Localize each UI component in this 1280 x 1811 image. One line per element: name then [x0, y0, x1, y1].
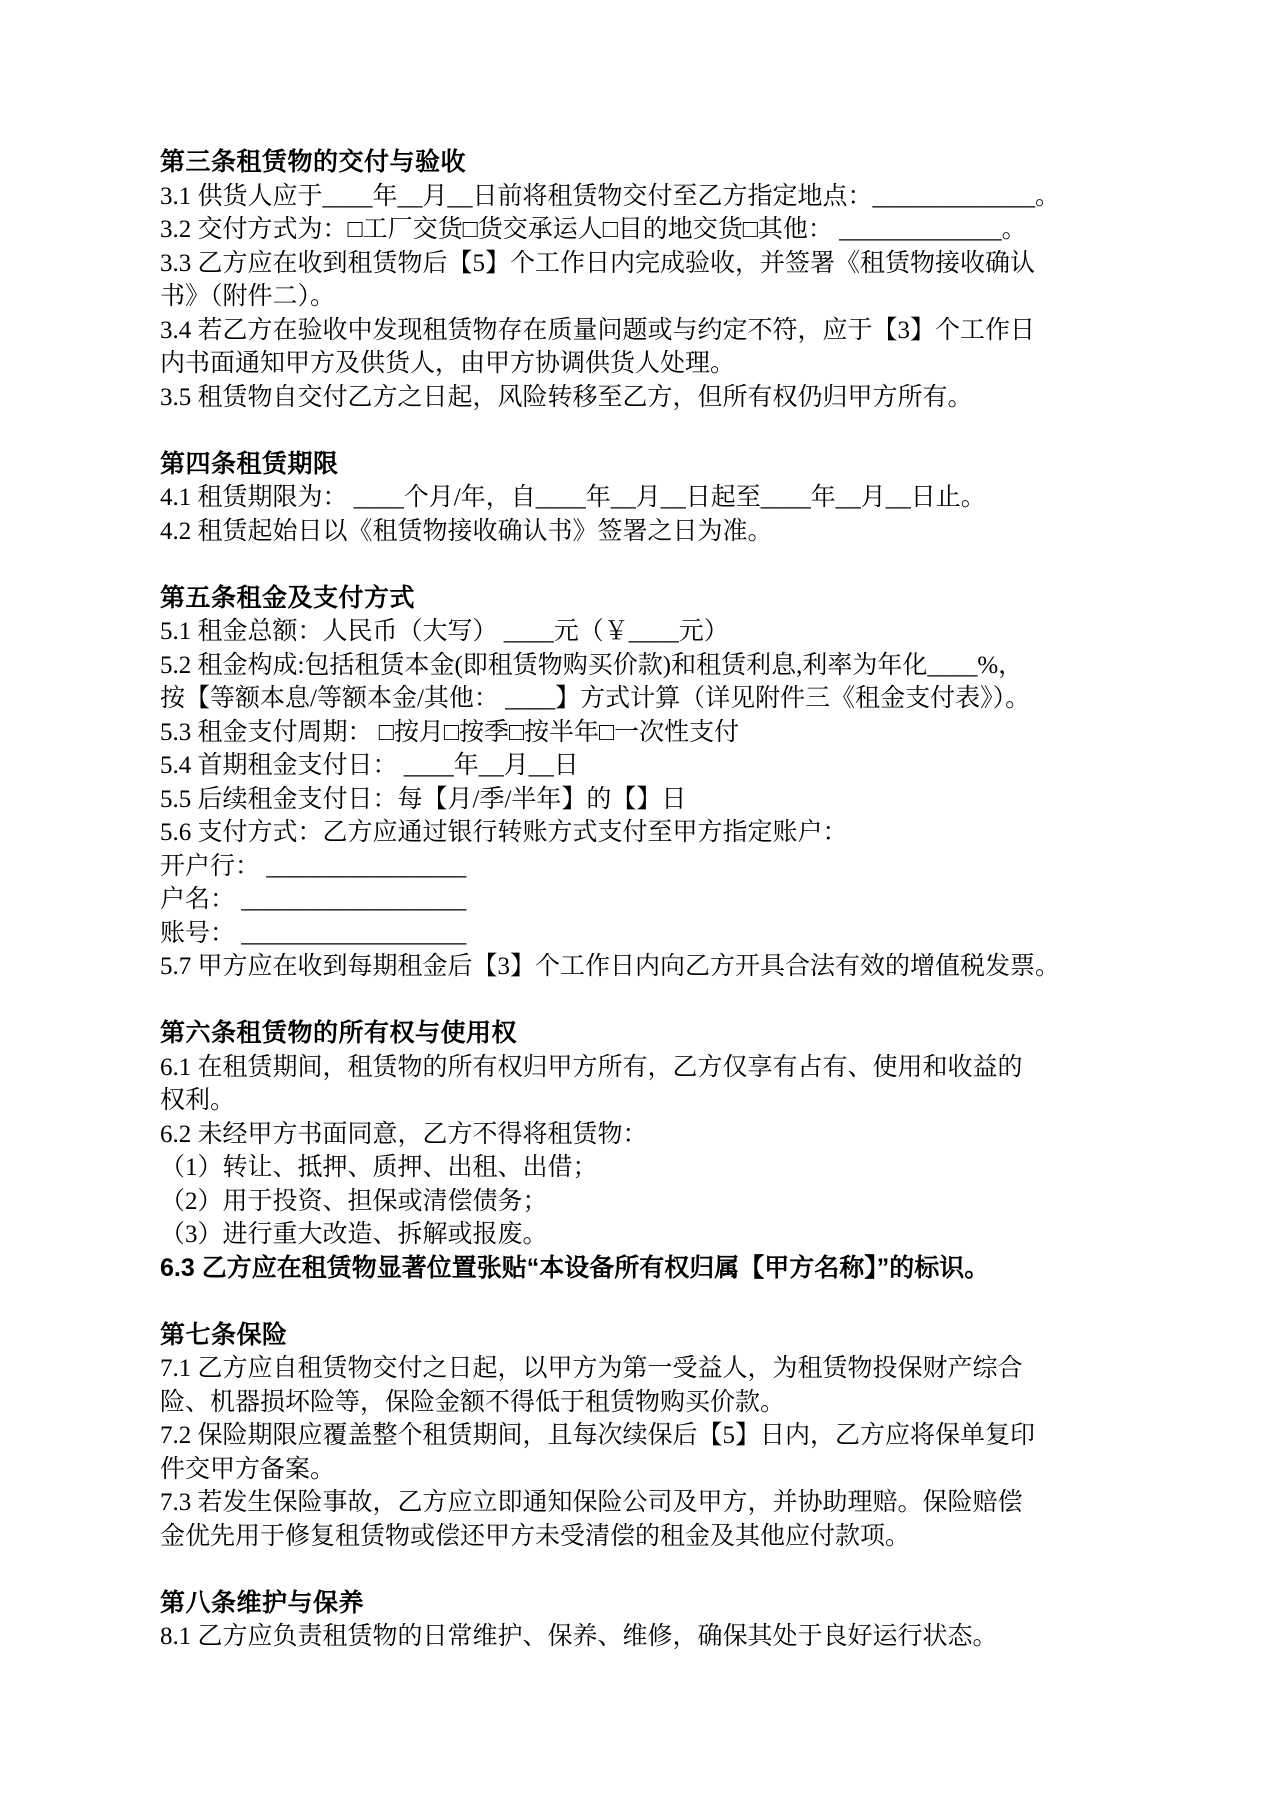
contract-section: 第四条租赁期限4.1 租赁期限为： ____个月/年，自____年__月__日起…	[160, 448, 1085, 549]
clause-paragraph: 账号： __________________	[160, 917, 1085, 951]
clause-paragraph: 3.5 租赁物自交付乙方之日起，风险转移至乙方，但所有权仍归甲方所有。	[160, 381, 1085, 415]
clause-paragraph: 5.5 后续租金支付日：每【月/季/半年】的【】日	[160, 783, 1085, 817]
clause-paragraph: 4.2 租赁起始日以《租赁物接收确认书》签署之日为准。	[160, 515, 1085, 549]
clause-paragraph: 5.2 租金构成:包括租赁本金(即租赁物购买价款)和租赁利息,利率为年化____…	[160, 649, 1085, 716]
clause-paragraph: 3.2 交付方式为：□工厂交货□货交承运人□目的地交货□其他： ________…	[160, 213, 1085, 247]
contract-section: 第七条保险7.1 乙方应自租赁物交付之日起，以甲方为第一受益人，为租赁物投保财产…	[160, 1319, 1085, 1554]
contract-section: 第五条租金及支付方式5.1 租金总额：人民币（大写） ____元（￥____元）…	[160, 582, 1085, 984]
contract-section: 第三条租赁物的交付与验收3.1 供货人应于____年__月__日前将租赁物交付至…	[160, 146, 1085, 414]
section-heading: 第八条维护与保养	[160, 1587, 1085, 1621]
clause-paragraph: 8.1 乙方应负责租赁物的日常维护、保养、维修，确保其处于良好运行状态。	[160, 1620, 1085, 1654]
clause-paragraph: 4.1 租赁期限为： ____个月/年，自____年__月__日起至____年_…	[160, 481, 1085, 515]
clause-paragraph: 5.1 租金总额：人民币（大写） ____元（￥____元）	[160, 615, 1085, 649]
clause-paragraph: 户名： __________________	[160, 883, 1085, 917]
clause-paragraph: 开户行： ________________	[160, 850, 1085, 884]
clause-paragraph: 7.1 乙方应自租赁物交付之日起，以甲方为第一受益人，为租赁物投保财产综合 险、…	[160, 1352, 1085, 1419]
clause-paragraph: （2）用于投资、担保或清偿债务；	[160, 1185, 1085, 1219]
section-heading: 第六条租赁物的所有权与使用权	[160, 1017, 1085, 1051]
clause-paragraph: 6.2 未经甲方书面同意，乙方不得将租赁物：	[160, 1118, 1085, 1152]
clause-paragraph: 5.4 首期租金支付日： ____年__月__日	[160, 749, 1085, 783]
contract-section: 第六条租赁物的所有权与使用权6.1 在租赁期间，租赁物的所有权归甲方所有，乙方仅…	[160, 1017, 1085, 1285]
clause-paragraph: 7.2 保险期限应覆盖整个租赁期间，且每次续保后【5】日内，乙方应将保单复印 件…	[160, 1419, 1085, 1486]
section-heading: 第三条租赁物的交付与验收	[160, 146, 1085, 180]
clause-paragraph: 3.3 乙方应在收到租赁物后【5】个工作日内完成验收，并签署《租赁物接收确认 书…	[160, 247, 1085, 314]
clause-paragraph: 5.7 甲方应在收到每期租金后【3】个工作日内向乙方开具合法有效的增值税发票。	[160, 950, 1085, 984]
section-heading: 第五条租金及支付方式	[160, 582, 1085, 616]
clause-paragraph: 6.3 乙方应在租赁物显著位置张贴“本设备所有权归属【甲方名称】”的标识。	[160, 1252, 1085, 1286]
section-heading: 第七条保险	[160, 1319, 1085, 1353]
clause-paragraph: （3）进行重大改造、拆解或报废。	[160, 1218, 1085, 1252]
clause-paragraph: 5.3 租金支付周期： □按月□按季□按半年□一次性支付	[160, 716, 1085, 750]
clause-paragraph: 3.4 若乙方在验收中发现租赁物存在质量问题或与约定不符，应于【3】个工作日 内…	[160, 314, 1085, 381]
clause-paragraph: 6.1 在租赁期间，租赁物的所有权归甲方所有，乙方仅享有占有、使用和收益的 权利…	[160, 1051, 1085, 1118]
clause-paragraph: 7.3 若发生保险事故，乙方应立即通知保险公司及甲方，并协助理赔。保险赔偿 金优…	[160, 1486, 1085, 1553]
contract-page: 第三条租赁物的交付与验收3.1 供货人应于____年__月__日前将租赁物交付至…	[0, 0, 1280, 1811]
section-heading: 第四条租赁期限	[160, 448, 1085, 482]
clause-paragraph: 5.6 支付方式：乙方应通过银行转账方式支付至甲方指定账户：	[160, 816, 1085, 850]
contract-content: 第三条租赁物的交付与验收3.1 供货人应于____年__月__日前将租赁物交付至…	[160, 146, 1085, 1654]
contract-section: 第八条维护与保养8.1 乙方应负责租赁物的日常维护、保养、维修，确保其处于良好运…	[160, 1587, 1085, 1654]
clause-paragraph: 3.1 供货人应于____年__月__日前将租赁物交付至乙方指定地点：_____…	[160, 180, 1085, 214]
clause-paragraph: （1）转让、抵押、质押、出租、出借；	[160, 1151, 1085, 1185]
